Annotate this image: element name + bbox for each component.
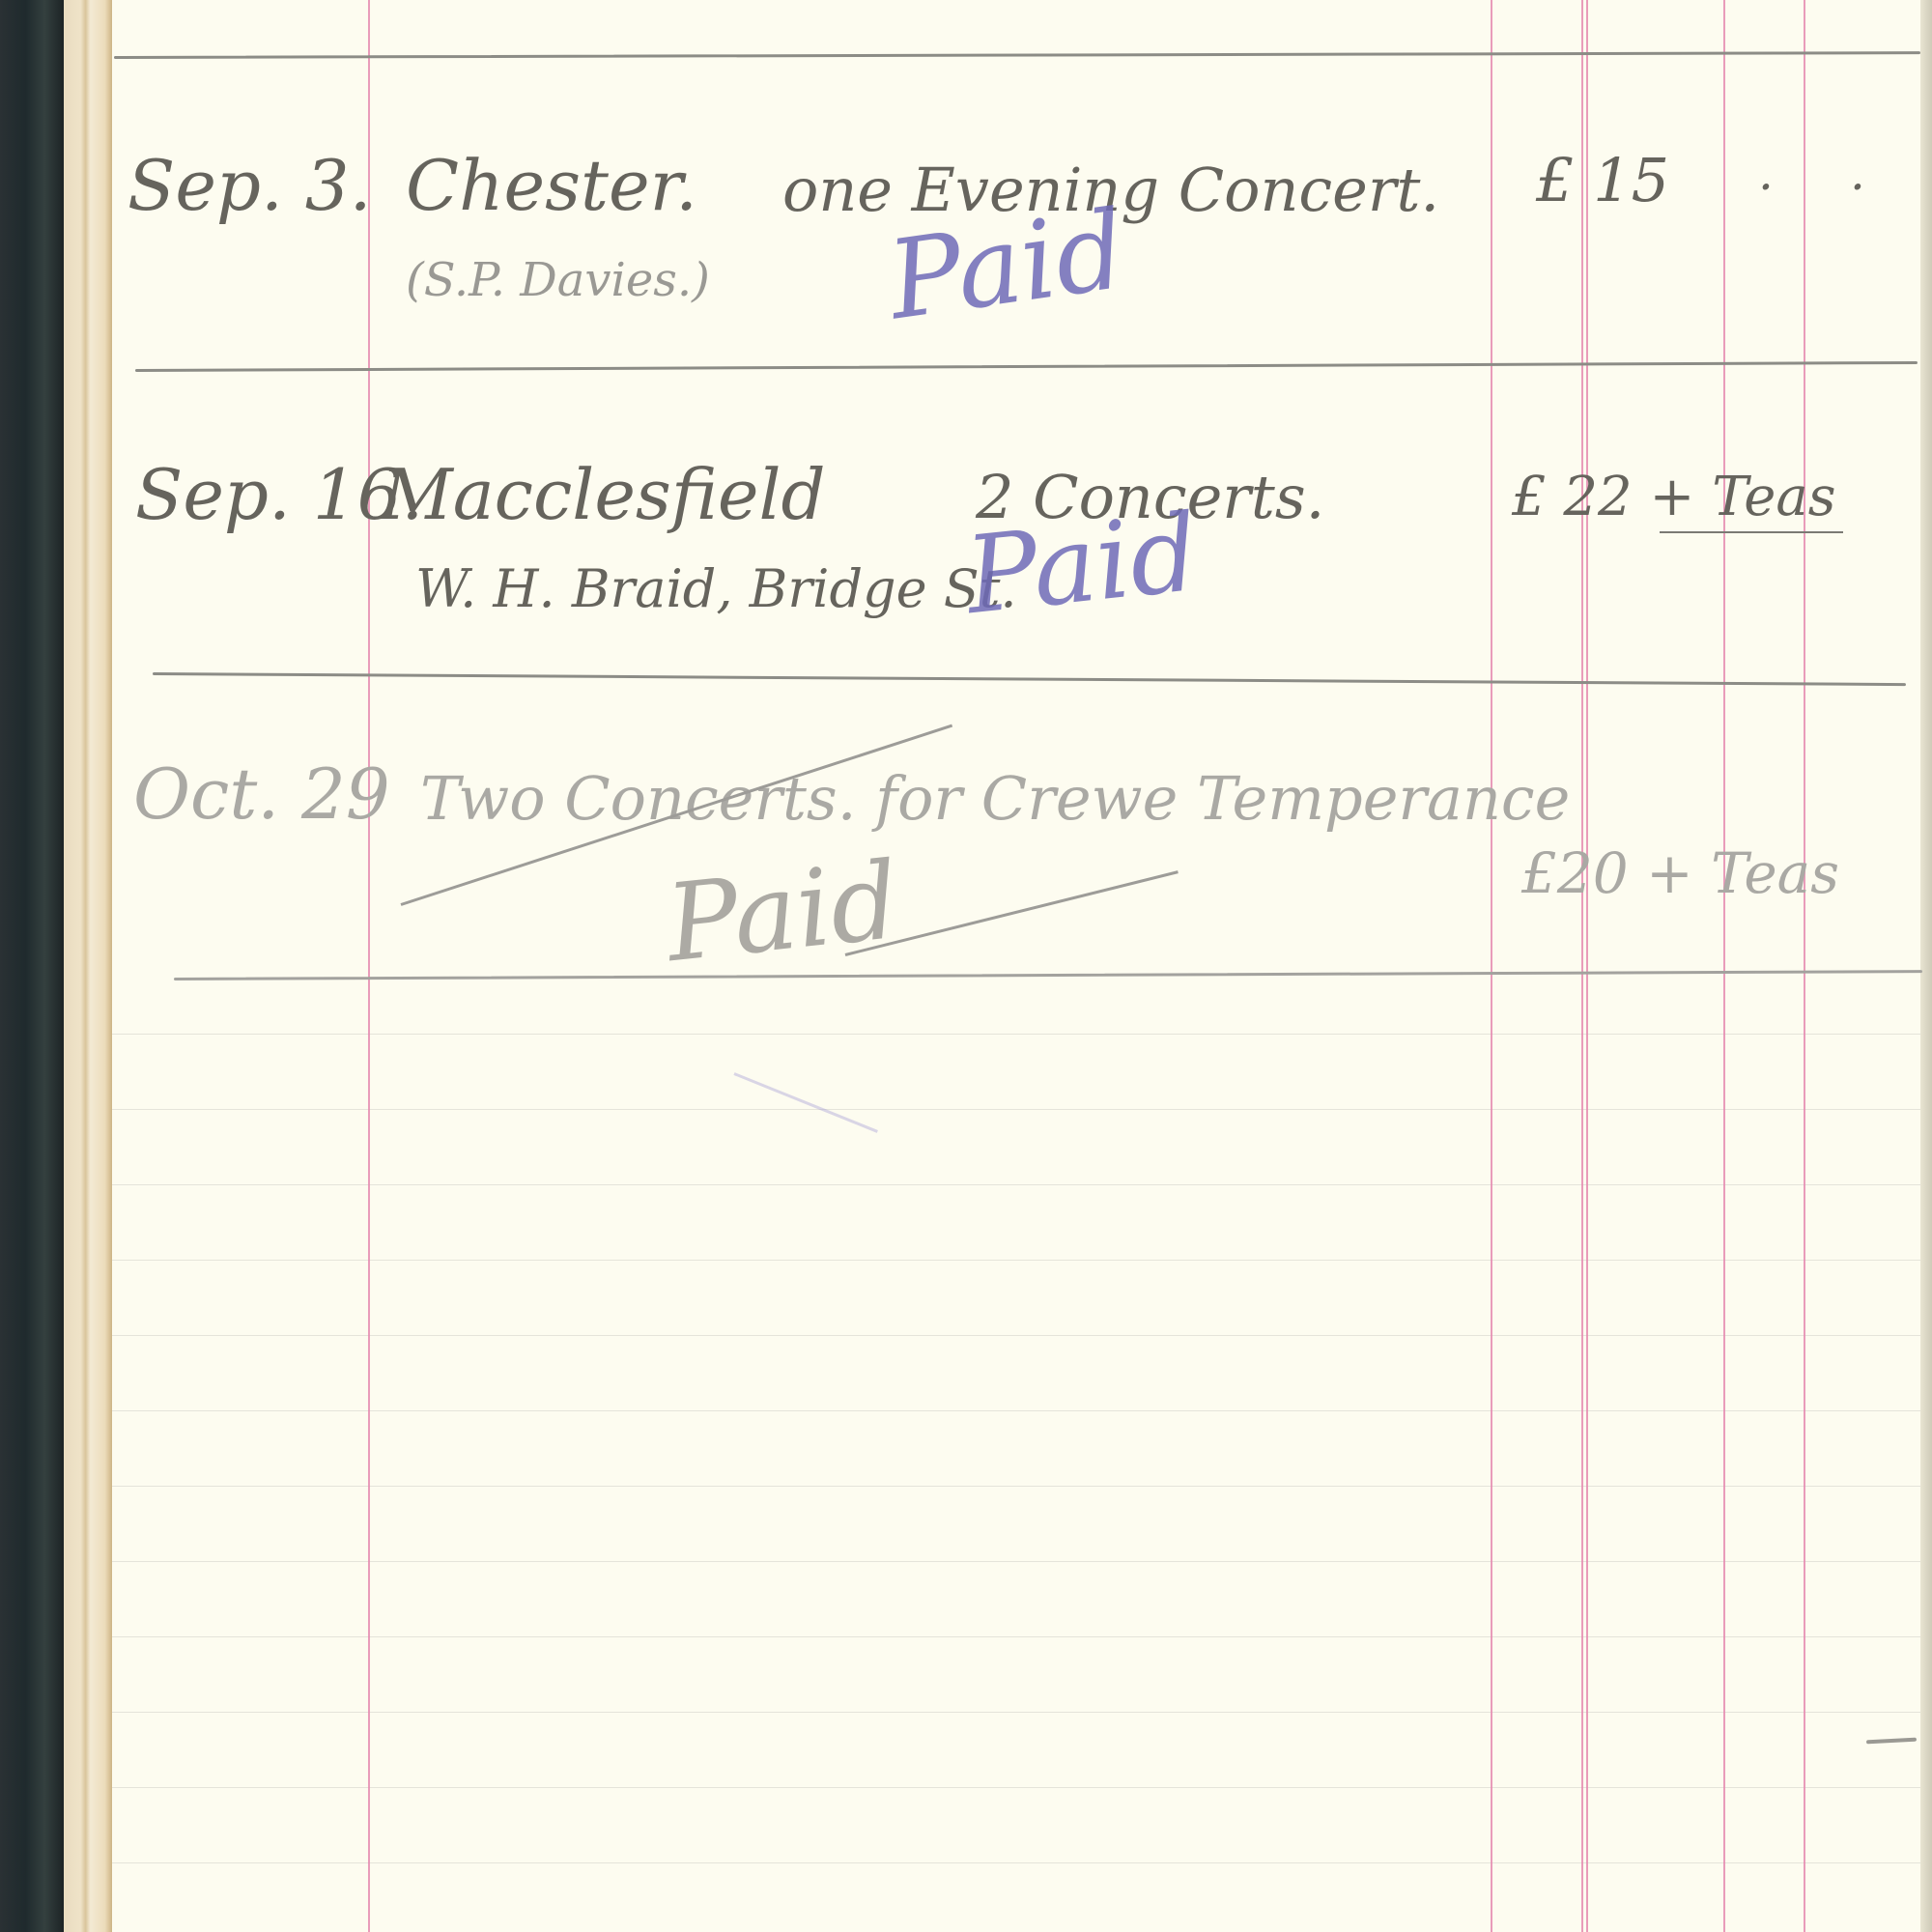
page-edge [64, 0, 112, 1932]
entry-date: Sep. 16. [135, 454, 423, 535]
faint-rule [112, 1335, 1920, 1336]
entry-contact: (S.P. Davies.) [406, 253, 710, 307]
faint-rule [112, 1260, 1920, 1261]
faint-rule [112, 1184, 1920, 1185]
entry-contact: W. H. Braid, Bridge St. [415, 558, 1017, 619]
column-line-pounds-a [1581, 0, 1583, 1932]
faint-rule [112, 1712, 1920, 1713]
faint-rule [112, 1034, 1920, 1035]
faint-rule [112, 1109, 1920, 1110]
entry-amount: £ 22 + Teas [1512, 466, 1835, 528]
faint-rule [112, 1636, 1920, 1637]
margin-line-date [368, 0, 370, 1932]
entry-amount: £ 15 [1536, 145, 1669, 215]
entry-description: Two Concerts. for Crewe Temperance [420, 763, 1570, 834]
entry-amount: £20 + Teas [1521, 840, 1839, 906]
book-binding [0, 0, 64, 1932]
column-line-pence [1804, 0, 1805, 1932]
entry-amount-pence: . [1850, 145, 1865, 201]
faint-rule [112, 1410, 1920, 1411]
column-line-amount-left [1491, 0, 1492, 1932]
column-line-pounds-b [1586, 0, 1588, 1932]
entry-date: Oct. 29 [133, 753, 390, 835]
faint-rule [112, 1787, 1920, 1788]
page-right-edge [1920, 0, 1932, 1932]
entry-place: Chester. [406, 145, 697, 226]
entry-date: Sep. 3. [128, 145, 372, 226]
paid-stamp: Paid [661, 838, 904, 985]
amount-underline [1660, 531, 1843, 533]
column-line-shillings [1723, 0, 1725, 1932]
entry-place: Macclesfield [382, 454, 826, 535]
faint-rule [112, 1486, 1920, 1487]
faint-rule [112, 1862, 1920, 1863]
faint-rule [112, 1561, 1920, 1562]
paid-stamp: Paid [960, 491, 1204, 638]
entry-amount-shillings: . [1758, 145, 1774, 201]
